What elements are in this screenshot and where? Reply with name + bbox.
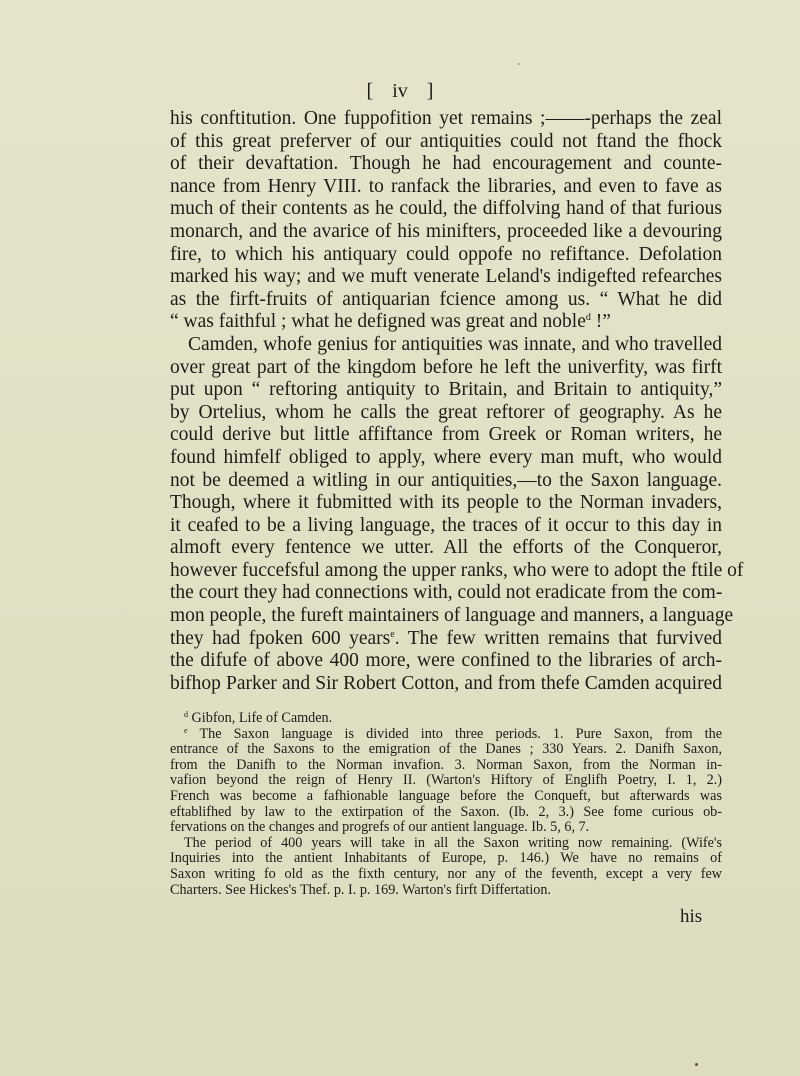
text-line: almoft every fentence we utter. All the … xyxy=(170,537,722,560)
text-line: Camden, whofe genius for antiquities was… xyxy=(170,334,722,357)
text-line: nance from Henry VIII. to ranfack the li… xyxy=(170,176,722,199)
text-line: could derive but little affiftance from … xyxy=(170,424,722,447)
footnote-line: vafion beyond the reign of Henry II. (Wa… xyxy=(170,773,722,789)
footnote-line: eftablifhed by law to the extirpation of… xyxy=(170,805,722,821)
text-line: however fuccefsful among the upper ranks… xyxy=(170,560,722,583)
page-number: iv xyxy=(392,80,408,102)
text-line: of their devaftation. Though he had enco… xyxy=(170,153,722,176)
text-segment: “ was faithful ; what he defigned was gr… xyxy=(170,311,586,332)
text-line: marked his way; and we muft venerate Lel… xyxy=(170,266,722,289)
text-line: of this great preferver of our antiquiti… xyxy=(170,131,722,154)
text-segment: . The few written remains that furvived xyxy=(395,628,722,649)
text-segment: !” xyxy=(591,311,611,332)
paper-speck xyxy=(695,1063,698,1066)
footnote-line: Saxon writing fo old as the fixth centur… xyxy=(170,867,722,883)
footnote-line: Charters. See Hickes's Thef. p. I. p. 16… xyxy=(170,883,722,899)
text-line: monarch, and the avarice of his minifter… xyxy=(170,221,722,244)
text-line: the court they had connections with, cou… xyxy=(170,582,722,605)
footnote-line: entrance of the Saxons to the emigration… xyxy=(170,742,722,758)
text-line: as the firft-fruits of antiquarian fcien… xyxy=(170,289,722,312)
footnote-line: fervations on the changes and progrefs o… xyxy=(170,820,722,836)
footnote-marker: e xyxy=(184,726,188,735)
text-segment: they had fpoken 600 years xyxy=(170,628,390,649)
footnote-marker: d xyxy=(184,710,188,719)
text-line: his conftitution. One fuppofition yet re… xyxy=(170,108,722,131)
paper-speck xyxy=(518,63,520,65)
text-line: much of their contents as he could, the … xyxy=(170,198,722,221)
footnote-line: Inquiries into the antient Inhabitants o… xyxy=(170,851,722,867)
text-line: by Ortelius, whom he calls the great ref… xyxy=(170,402,722,425)
text-line: the difufe of above 400 more, were confi… xyxy=(170,650,722,673)
text-line: “ was faithful ; what he defigned was gr… xyxy=(170,311,722,334)
text-line: they had fpoken 600 yearse. The few writ… xyxy=(170,628,722,651)
page-number-header: [ iv ] xyxy=(0,80,800,103)
text-line: not be deemed a witling in our antiquiti… xyxy=(170,470,722,493)
footnote-text: Gibfon, Life of Camden. xyxy=(192,710,333,726)
footnotes: d Gibfon, Life of Camden. e The Saxon la… xyxy=(170,711,722,898)
footnote-line: The period of 400 years will take in all… xyxy=(170,836,722,852)
text-line: it ceafed to be a living language, the t… xyxy=(170,515,722,538)
footnote-line: from the Danifh to the Norman invafion. … xyxy=(170,758,722,774)
right-bracket: ] xyxy=(427,80,434,103)
text-line: over great part of the kingdom before he… xyxy=(170,357,722,380)
text-line: bifhop Parker and Sir Robert Cotton, and… xyxy=(170,673,722,696)
text-line: mon people, the fureft maintainers of la… xyxy=(170,605,722,628)
main-text: his conftitution. One fuppofition yet re… xyxy=(170,108,722,695)
footnote-d: d Gibfon, Life of Camden. xyxy=(170,711,722,727)
catchword: his xyxy=(680,906,702,928)
text-line: fire, to which his antiquary could oppof… xyxy=(170,244,722,267)
text-line: found himfelf obliged to apply, where ev… xyxy=(170,447,722,470)
text-line: Though, where it fubmitted with its peop… xyxy=(170,492,722,515)
footnote-e: e The Saxon language is divided into thr… xyxy=(170,727,722,743)
footnote-line: French was become a fafhionable language… xyxy=(170,789,722,805)
footnote-text: The Saxon language is divided into three… xyxy=(199,726,722,742)
left-bracket: [ xyxy=(367,80,374,103)
text-line: put upon “ reftoring antiquity to Britai… xyxy=(170,379,722,402)
